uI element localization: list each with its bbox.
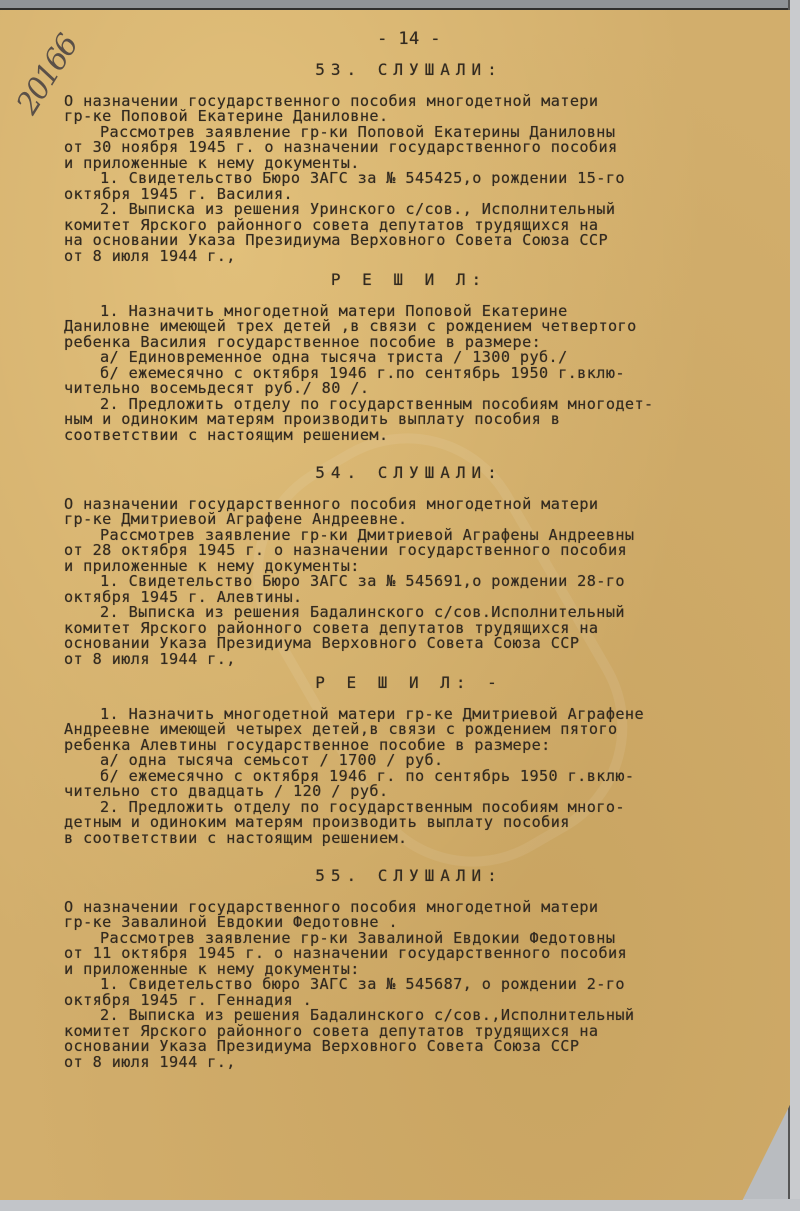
section-55: 55. СЛУШАЛИ: О назначении государственно…	[64, 868, 754, 1070]
decision-heading: Р Е Ш И Л:	[64, 272, 754, 288]
decision-line: в соответствии с настоящим решением.	[64, 831, 754, 847]
section-heading: 54. СЛУШАЛИ:	[64, 465, 754, 481]
decision-line: соответствии с настоящим решением.	[64, 428, 754, 444]
document-line: от 8 июля 1944 г.,	[64, 1055, 754, 1071]
document-text: - 14 - 53. СЛУШАЛИ: О назначении государ…	[64, 10, 754, 1070]
page-number: - 14 -	[64, 32, 754, 48]
section-heading: 53. СЛУШАЛИ:	[64, 62, 754, 78]
document-line: от 8 июля 1944 г.,	[64, 652, 754, 668]
document-line: от 8 июля 1944 г.,	[64, 249, 754, 265]
section-54: 54. СЛУШАЛИ: О назначении государственно…	[64, 465, 754, 846]
scan-border-top	[0, 0, 800, 10]
document-page: 20166 - 14 - 53. СЛУШАЛИ: О назначении г…	[0, 10, 790, 1200]
section-53: 53. СЛУШАЛИ: О назначении государственно…	[64, 62, 754, 443]
decision-heading: Р Е Ш И Л: -	[64, 675, 754, 691]
section-heading: 55. СЛУШАЛИ:	[64, 868, 754, 884]
scan-border-bottom	[0, 1199, 800, 1211]
